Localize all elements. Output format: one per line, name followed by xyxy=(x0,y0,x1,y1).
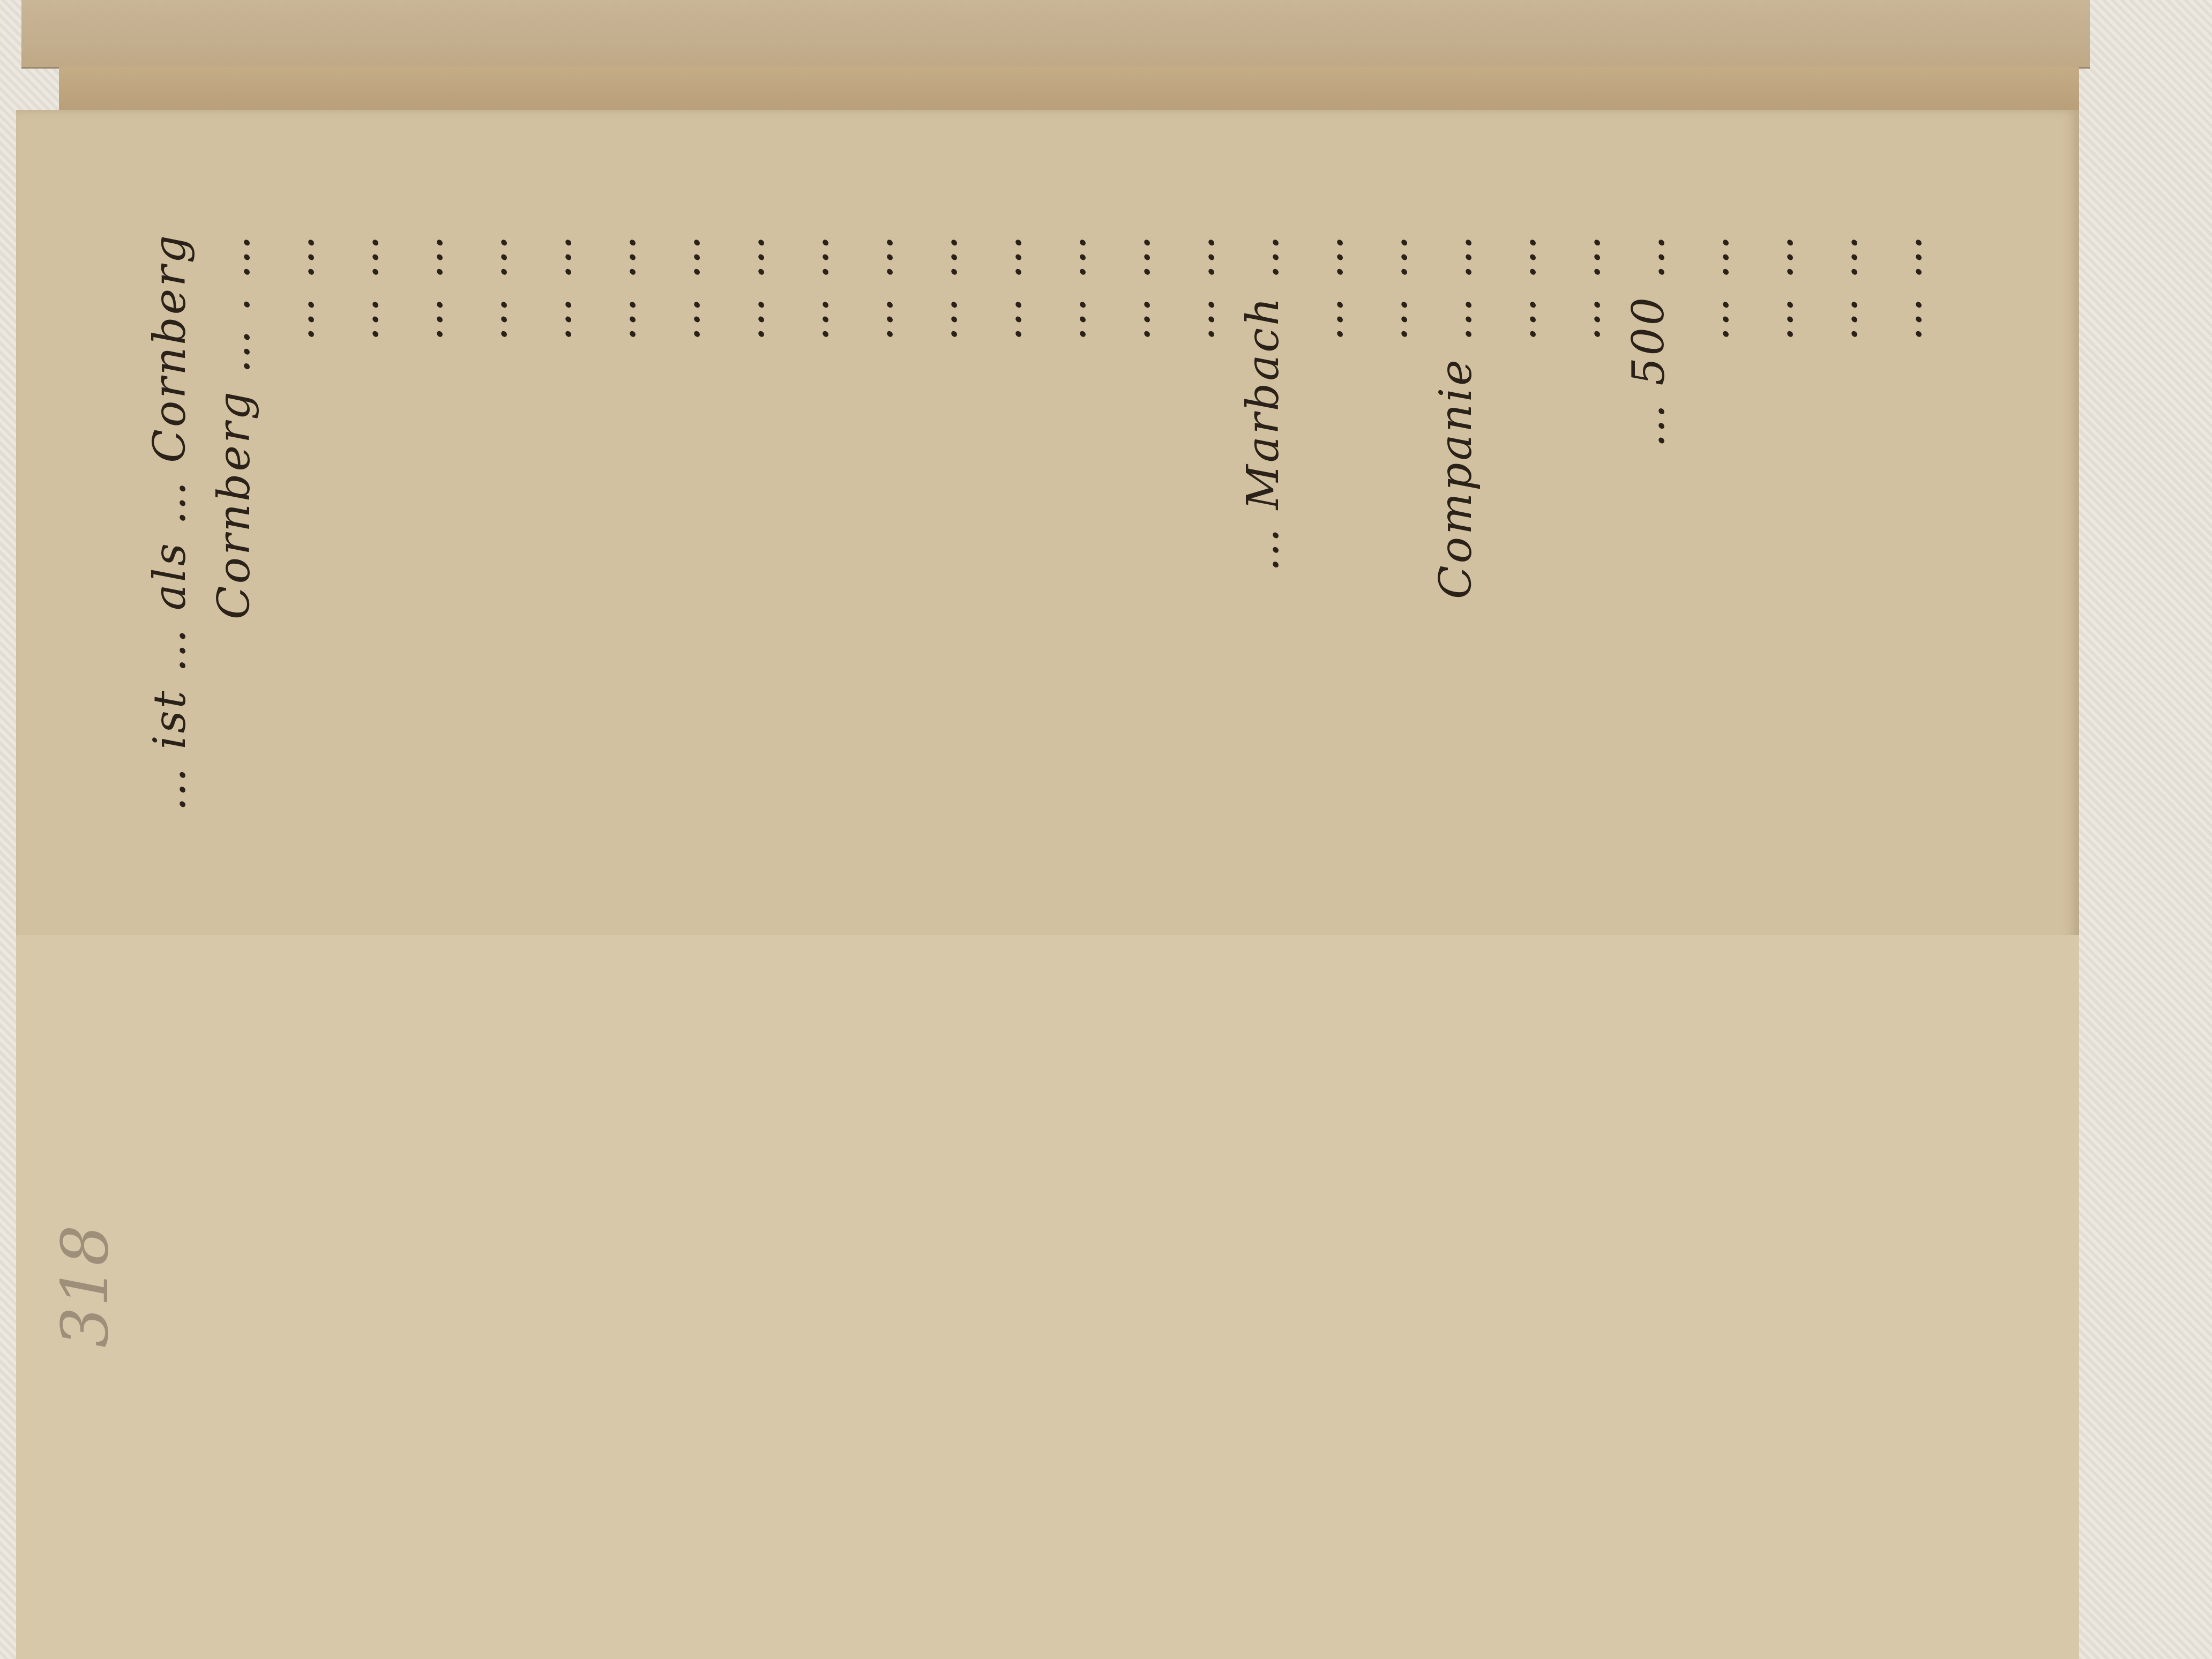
text-line: Cornberg … . … xyxy=(209,233,260,619)
text-line: … … xyxy=(1495,233,1546,341)
text-line: … … xyxy=(1174,233,1224,341)
text-line: … … xyxy=(916,233,967,341)
text-line: … … xyxy=(530,233,581,341)
text-line: … … xyxy=(1109,233,1160,341)
folded-top-sheet xyxy=(21,0,2090,69)
text-line: … … xyxy=(273,233,324,341)
text-line: … … xyxy=(1045,233,1096,341)
text-line: … … xyxy=(852,233,903,341)
text-line: … … xyxy=(981,233,1032,341)
handwritten-text-block: … ist … als … Cornberg Cornberg … . … … … xyxy=(145,233,1929,1037)
folded-middle-sheet xyxy=(59,67,2079,114)
text-line: … … xyxy=(723,233,774,341)
text-line: … ist … als … Cornberg xyxy=(145,233,196,812)
text-line: … … xyxy=(338,233,388,341)
text-line: … … xyxy=(402,233,453,341)
text-line: … … xyxy=(466,233,517,341)
text-line: Companie … … xyxy=(1431,233,1482,599)
text-line: … … xyxy=(1302,233,1353,341)
text-line: … … xyxy=(1881,233,1932,341)
text-line: … … xyxy=(595,233,646,341)
text-line: … 500 … xyxy=(1624,233,1675,448)
text-line: … … xyxy=(1817,233,1867,341)
text-line: … … xyxy=(788,233,839,341)
manuscript-page: 318 … ist … als … Cornberg Cornberg … . … xyxy=(16,110,2079,1659)
page-lower-blank-area xyxy=(16,935,2079,1659)
text-line: … … xyxy=(1559,233,1610,341)
page-number: 318 xyxy=(48,1225,123,1348)
text-line: … … xyxy=(1688,233,1739,341)
text-line: … … xyxy=(1366,233,1417,341)
text-line: … Marbach … xyxy=(1238,233,1289,572)
text-line: … … xyxy=(1752,233,1803,341)
text-line: … … xyxy=(659,233,710,341)
